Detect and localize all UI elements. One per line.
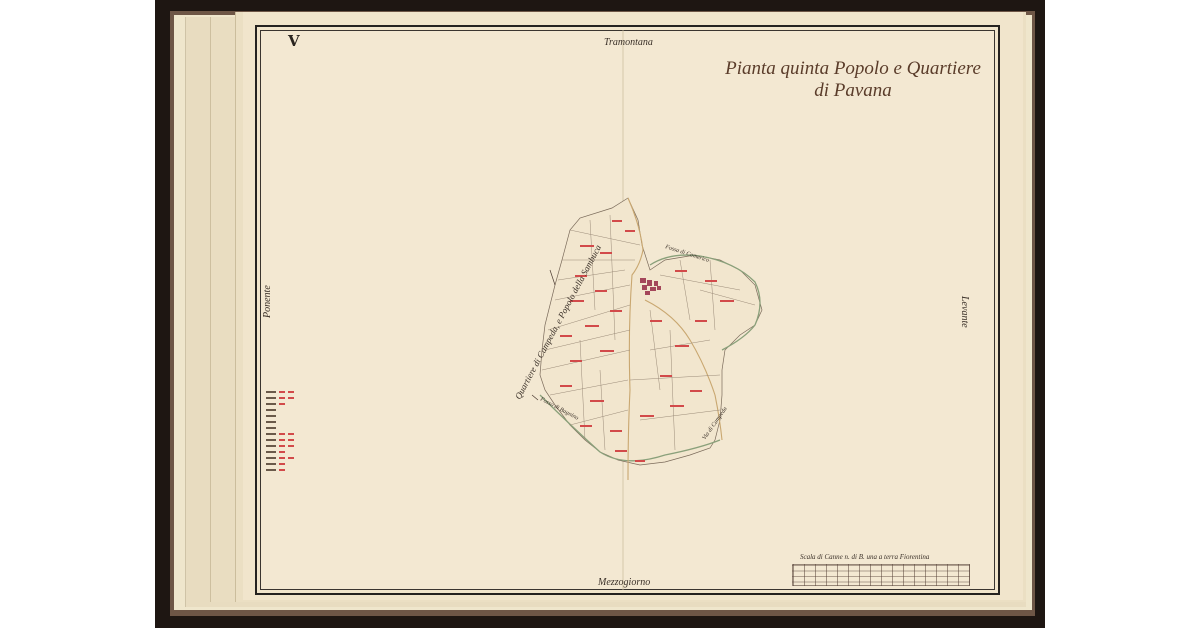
scale-bar-grid (792, 564, 970, 586)
compass-north-label: Tramontana (604, 37, 653, 48)
map-title: Pianta quinta Popolo e Quartiere di Pava… (708, 58, 998, 102)
compass-south-label: Mezzogiorno (598, 577, 650, 588)
compass-east-label: Levante (959, 296, 970, 328)
cadastral-map: Quartiere di Campeda, e Popolo della Sam… (500, 190, 780, 480)
title-line-2: di Pavana (708, 80, 998, 102)
parish-boundary (540, 198, 762, 465)
scale-bar-label: Scala di Canne n. di B. una a terra Fior… (800, 553, 977, 561)
plate-number: V (288, 32, 300, 50)
compass-west-label: Ponente (262, 285, 273, 318)
scale-bar: Scala di Canne n. di B. una a terra Fior… (792, 553, 977, 587)
title-line-1: Pianta quinta Popolo e Quartiere (708, 58, 998, 80)
parcel-legend (266, 390, 306, 480)
